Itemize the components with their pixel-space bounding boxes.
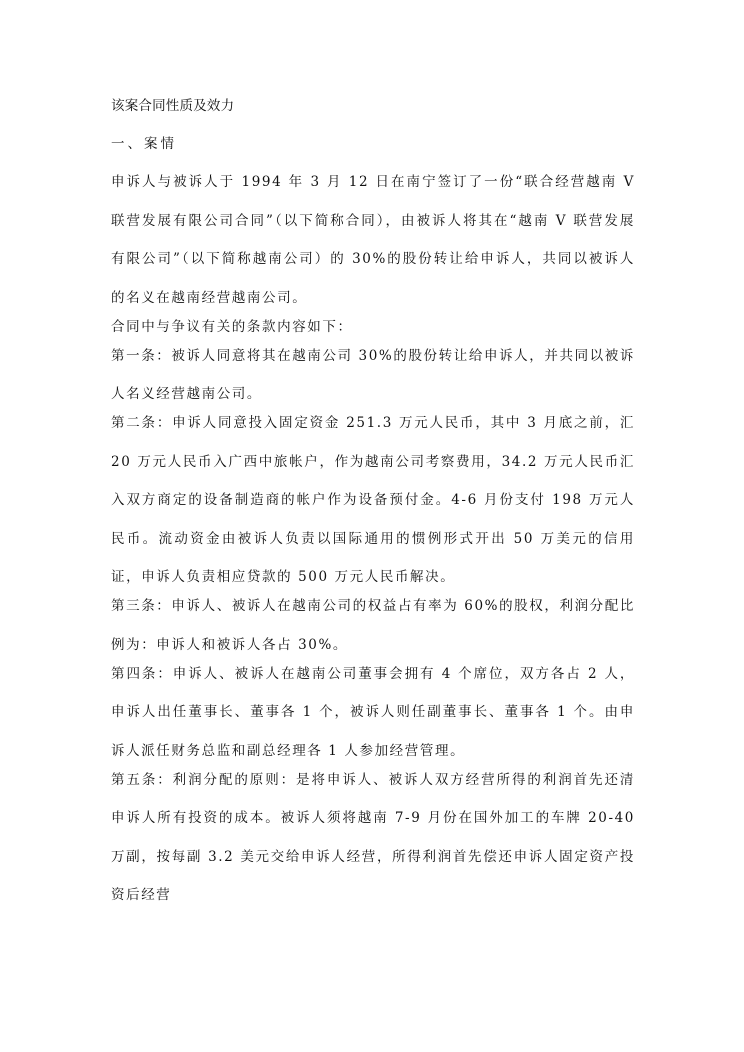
paragraph-article-1: 第一条：被诉人同意将其在越南公司 30%的股份转让给申诉人，并共同以被诉人名义经…	[111, 337, 635, 414]
paragraph-article-3: 第三条：申诉人、被诉人在越南公司的权益占有率为 60%的股权，利润分配比例为：申…	[111, 587, 635, 664]
paragraph-article-2: 第二条：申诉人同意投入固定资金 251.3 万元人民币，其中 3 月底之前，汇 …	[111, 404, 635, 597]
body-text: 申诉人与被诉人于 1994 年 3 月 12 日在南宁签订了一份“联合经营越南 …	[111, 163, 635, 915]
paragraph-article-4: 第四条：申诉人、被诉人在越南公司董事会拥有 4 个席位，双方各占 2 人，申诉人…	[111, 655, 635, 771]
paragraph-contract-signing: 申诉人与被诉人于 1994 年 3 月 12 日在南宁签订了一份“联合经营越南 …	[111, 163, 635, 317]
document-title: 该案合同性质及效力	[111, 96, 635, 116]
section-heading-case-facts: 一、案情	[111, 134, 635, 154]
paragraph-article-5: 第五条：利润分配的原则：是将申诉人、被诉人双方经营所得的利润首先还清申诉人所有投…	[111, 761, 635, 915]
document-page: 该案合同性质及效力 一、案情 申诉人与被诉人于 1994 年 3 月 12 日在…	[111, 96, 635, 905]
